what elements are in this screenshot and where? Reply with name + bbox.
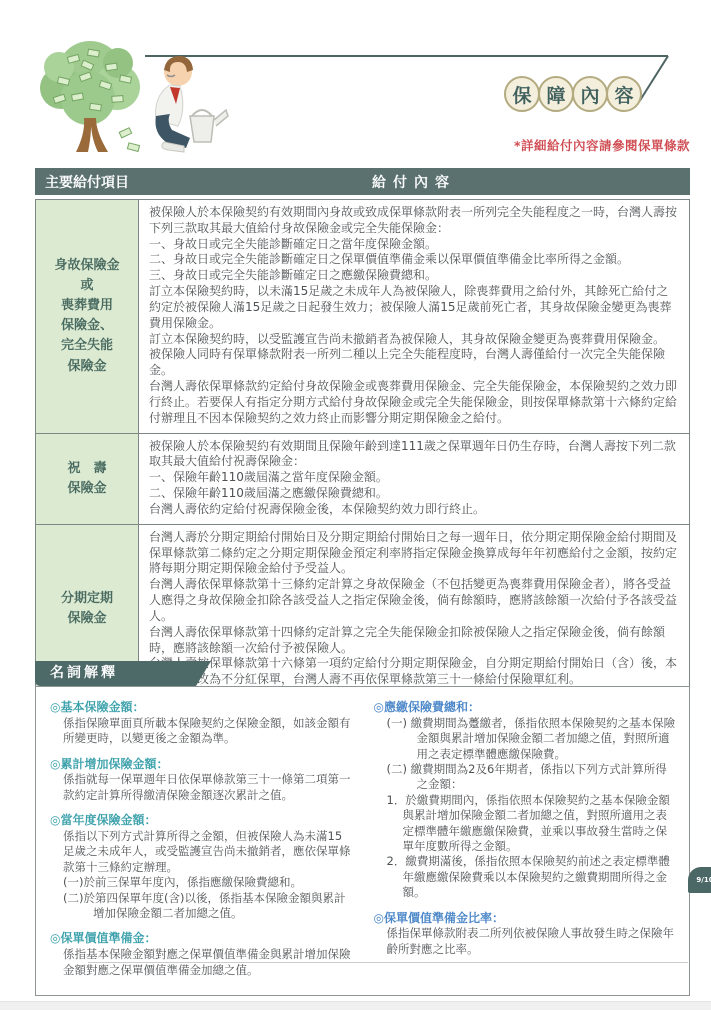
benefit-item-death: 身故保險金 或 喪葬費用 保險金、 完全失能 保險金: [36, 200, 139, 433]
section-title-badge: 保 障 內 容: [506, 76, 642, 112]
brochure-page: 保 障 內 容 *詳細給付內容請參閱保單條款 主要給付項目 給付內容 身故保險金…: [0, 0, 711, 1010]
badge-char: 內: [572, 76, 608, 112]
glossary-entry: ◎保單價值準備金比率： 係指保單條款附表二所列依被保險人事故發生時之保險年齡所對…: [374, 910, 678, 958]
money-tree-and-person-illustration: [28, 30, 243, 165]
glossary-term: ◎當年度保險金額：: [50, 812, 354, 829]
glossary-entry: ◎保單價值準備金： 係指基本保險金額對應之保單價值準備金與累計增加保險金額對應之…: [50, 930, 354, 978]
benefit-content-installment: 台灣人壽於分期定期給付開始日及分期定期給付開始日之每一週年日，依分期定期保險金給…: [139, 525, 689, 694]
glossary-term: ◎基本保險金額：: [50, 699, 354, 716]
glossary-term: ◎保單價值準備金比率：: [374, 910, 678, 927]
glossary-term: ◎累計增加保險金額：: [50, 756, 354, 773]
policy-terms-note: *詳細給付內容請參閱保單條款: [514, 136, 690, 154]
benefit-content-longevity: 被保險人於本保險契約有效期間且保險年齡到達111歲之保單週年日仍生存時，台灣人壽…: [139, 434, 689, 524]
table-row: 祝 壽 保險金 被保險人於本保險契約有效期間且保險年齡到達111歲之保單週年日仍…: [36, 434, 689, 525]
badge-char: 保: [504, 76, 540, 112]
glossary-banner: 名詞解釋: [35, 661, 211, 686]
badge-char: 容: [606, 76, 642, 112]
glossary-entry: ◎累計增加保險金額： 係指就每一保單週年日依保單條款第三十一條第二項第一款約定計…: [50, 756, 354, 804]
benefits-table-header: 主要給付項目 給付內容: [35, 168, 690, 195]
badge-char: 障: [538, 76, 574, 112]
glossary-term: ◎保單價值準備金：: [50, 930, 354, 947]
glossary-entry: ◎基本保險金額： 係指保險單面頁所載本保險契約之保險金額，如該金額有所變更時，以…: [50, 699, 354, 747]
page-number-badge: 9/10: [688, 867, 711, 893]
glossary-entry: ◎當年度保險金額： 係指以下列方式計算所得之金額，但被保險人為未滿15足歲之未成…: [50, 812, 354, 921]
bottom-divider: [88, 962, 688, 963]
benefits-table: 主要給付項目 給付內容 身故保險金 或 喪葬費用 保險金、 完全失能 保險金 被…: [35, 168, 690, 695]
page-bottom-edge: [0, 1001, 711, 1010]
benefits-table-body: 身故保險金 或 喪葬費用 保險金、 完全失能 保險金 被保險人於本保險契約有效期…: [35, 199, 690, 695]
benefit-content-death: 被保險人於本保險契約有效期間內身故或致成保單條款附表一所列完全失能程度之一時，台…: [139, 200, 689, 433]
glossary-box: ◎基本保險金額： 係指保險單面頁所載本保險契約之保險金額，如該金額有所變更時，以…: [35, 686, 690, 996]
glossary-entry: ◎應繳保險費總和： (一) 繳費期間為躉繳者，係指依照本保險契約之基本保險金額與…: [374, 699, 678, 901]
glossary-left-column: ◎基本保險金額： 係指保險單面頁所載本保險契約之保險金額，如該金額有所變更時，以…: [50, 699, 354, 987]
col-header-items: 主要給付項目: [35, 172, 138, 192]
col-header-content: 給付內容: [138, 172, 690, 192]
glossary-right-column: ◎應繳保險費總和： (一) 繳費期間為躉繳者，係指依照本保險契約之基本保險金額與…: [374, 699, 678, 987]
table-row: 身故保險金 或 喪葬費用 保險金、 完全失能 保險金 被保險人於本保險契約有效期…: [36, 200, 689, 434]
glossary-term: ◎應繳保險費總和：: [374, 699, 678, 716]
benefit-item-longevity: 祝 壽 保險金: [36, 434, 139, 524]
